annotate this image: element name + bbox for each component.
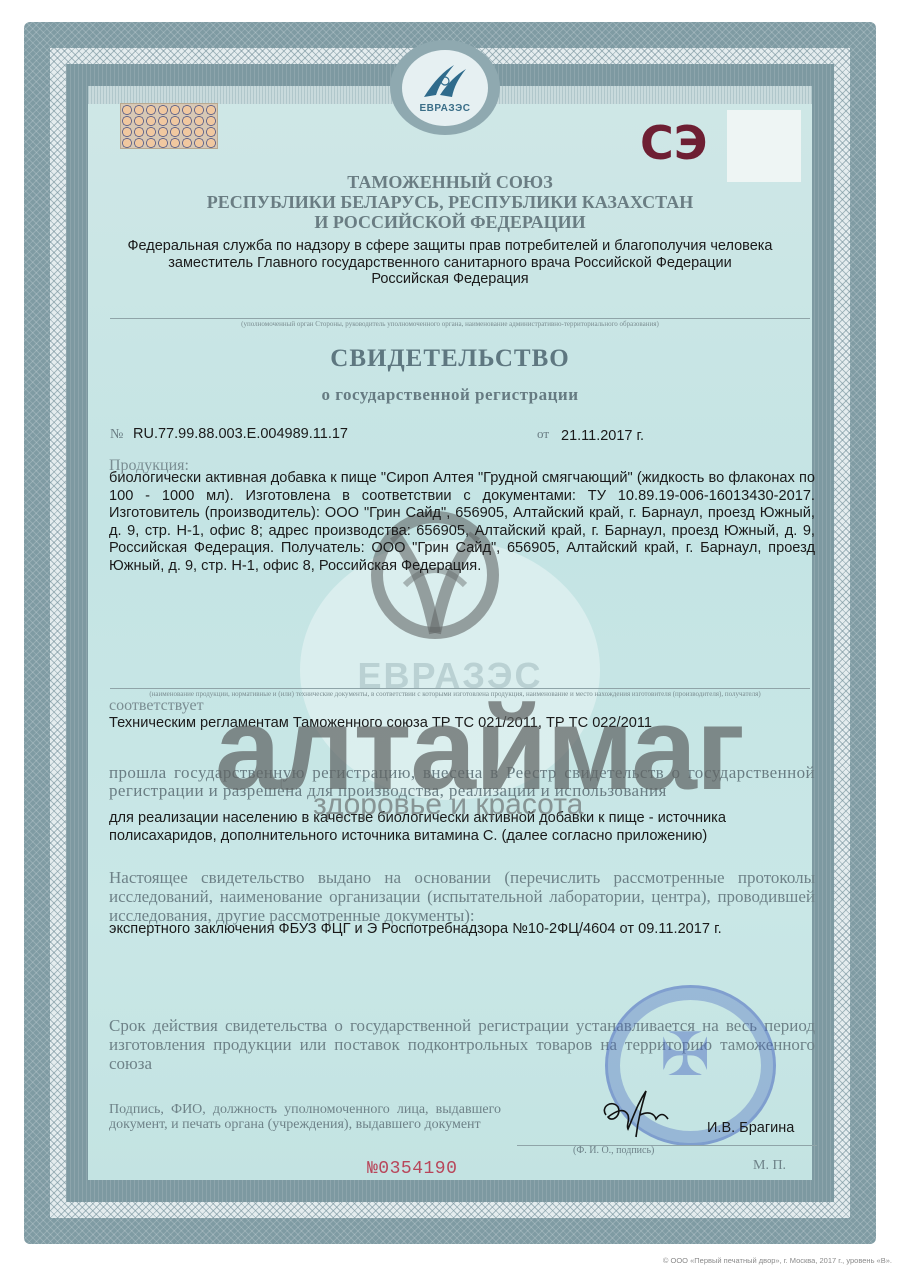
eagle-emblem-icon: ✠	[660, 1020, 710, 1090]
certificate-title: СВИДЕТЕЛЬСТВО	[100, 345, 800, 373]
authority-country: Российская Федерация	[100, 271, 800, 287]
printer-note: © ООО «Первый печатный двор», г. Москва,…	[663, 1256, 892, 1265]
fio-caption: (Ф. И. О., подпись)	[573, 1145, 654, 1156]
divider	[110, 318, 810, 319]
evraz-logo-icon	[420, 61, 470, 101]
union-federation-line: И РОССИЙСКОЙ ФЕДЕРАЦИИ	[100, 212, 800, 233]
conformity-label: соответствует	[109, 697, 204, 715]
certificate-date: 21.11.2017 г.	[561, 428, 644, 444]
emblem-label: ЕВРАЗЭС	[419, 103, 470, 114]
authority-official: заместитель Главного государственного са…	[100, 255, 800, 271]
signature-label: Подпись, ФИО, должность уполномоченного …	[109, 1102, 501, 1132]
form-serial-number: №0354190	[367, 1159, 457, 1179]
union-title: ТАМОЖЕННЫЙ СОЮЗ	[100, 172, 800, 193]
hologram-patch	[120, 103, 218, 149]
signature-icon	[598, 1085, 688, 1140]
signer-name: И.В. Брагина	[707, 1120, 794, 1136]
authority-name: Федеральная служба по надзору в сфере за…	[100, 238, 800, 254]
date-label: от	[537, 426, 549, 442]
authority-caption: (уполномоченный орган Стороны, руководит…	[100, 320, 800, 328]
store-watermark-tagline: здоровье и красота	[313, 790, 583, 820]
seal-place-caption: М. П.	[753, 1158, 786, 1174]
signature-line	[517, 1145, 817, 1146]
basis-label: Настоящее свидетельство выдано на основа…	[109, 868, 815, 925]
number-label: №	[110, 427, 123, 443]
expert-conclusion: экспертного заключения ФБУЗ ФЦГ и Э Росп…	[109, 921, 722, 939]
conformity-mark-icon: СЭ	[640, 118, 720, 168]
evraz-emblem: ЕВРАЗЭС	[390, 40, 500, 135]
product-description: биологически активная добавка к пище "Си…	[109, 470, 815, 576]
certificate-subtitle: о государственной регистрации	[100, 385, 800, 405]
certificate-number: RU.77.99.88.003.E.004989.11.17	[133, 426, 348, 442]
union-countries-line: РЕСПУБЛИКИ БЕЛАРУСЬ, РЕСПУБЛИКИ КАЗАХСТА…	[100, 192, 800, 213]
